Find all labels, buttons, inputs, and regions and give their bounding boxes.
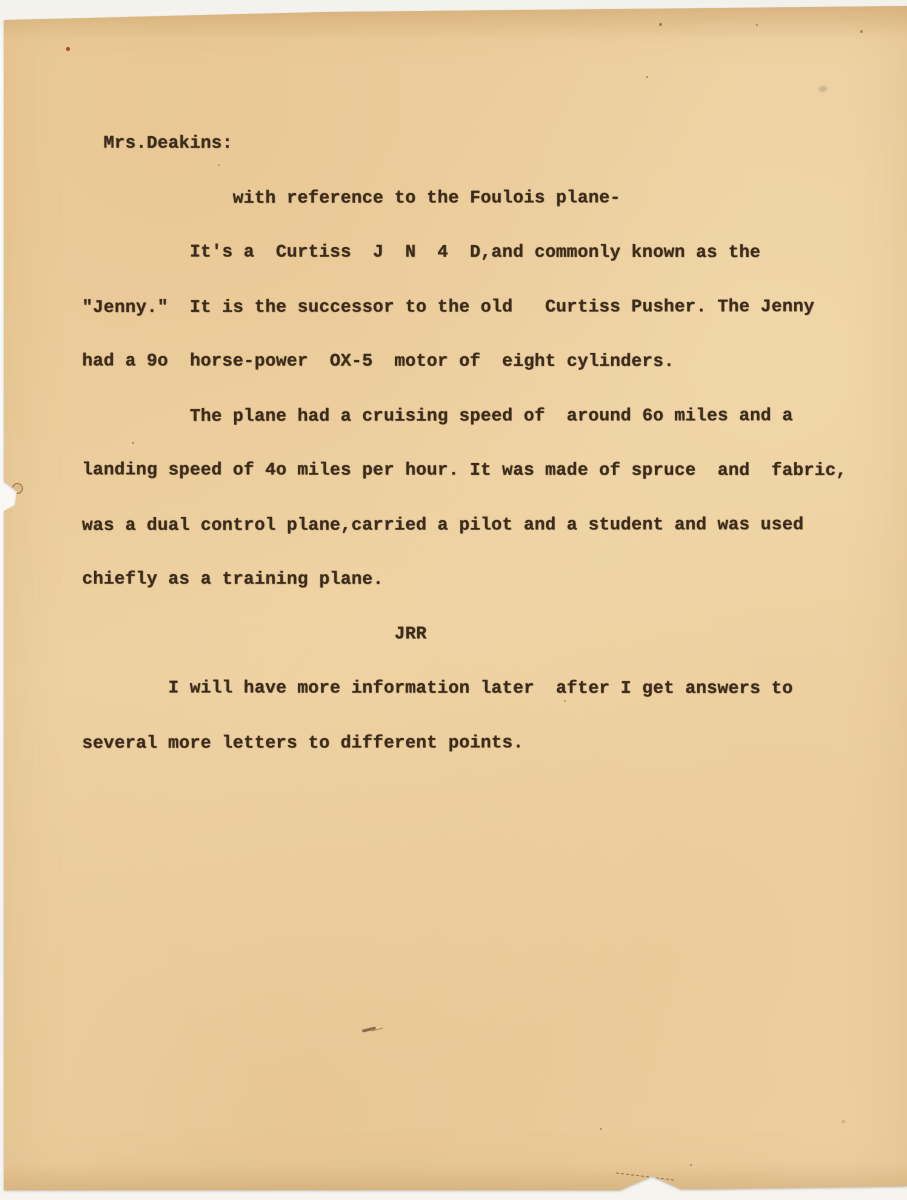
paper-sheet: Mrs.Deakins: with reference to the Foulo… <box>4 6 907 1190</box>
typed-line-5: had a 9o horse-power OX-5 motor of eight… <box>82 351 674 372</box>
paper-sheet-wrap: Mrs.Deakins: with reference to the Foulo… <box>4 6 907 1190</box>
pencil-smudge <box>362 1026 376 1032</box>
typed-line-7: landing speed of 4o miles per hour. It w… <box>82 460 847 481</box>
paper-speck <box>600 1128 602 1130</box>
paper-speck <box>860 30 863 33</box>
paper-speck <box>690 1164 692 1166</box>
typed-line-1: Mrs.Deakins: <box>82 134 233 154</box>
paper-speck <box>132 442 134 444</box>
stain-ring <box>12 483 23 494</box>
typed-line-9: chiefly as a training plane. <box>82 569 384 589</box>
typed-line-11: I will have more information later after… <box>82 678 793 699</box>
paper-speck <box>218 164 220 166</box>
scanned-document: Mrs.Deakins: with reference to the Foulo… <box>0 0 907 1200</box>
paper-speck <box>646 76 648 78</box>
red-ink-speck <box>66 47 70 51</box>
paper-speck <box>659 23 662 26</box>
typed-line-3: It's a Curtiss J N 4 D,and commonly know… <box>82 242 761 263</box>
paper-speck <box>564 700 566 702</box>
paper-crack-line <box>616 1172 674 1180</box>
typed-line-10: JRR <box>82 624 427 644</box>
typed-line-4: "Jenny." It is the successor to the old … <box>82 298 814 319</box>
typed-line-12: several more letters to different points… <box>82 733 524 753</box>
paper-speck <box>756 24 758 26</box>
paper-smudge-gray <box>819 86 827 92</box>
paper-speck <box>842 1120 845 1123</box>
typed-line-8: was a dual control plane,carried a pilot… <box>82 515 804 536</box>
typed-line-6: The plane had a cruising speed of around… <box>82 406 793 427</box>
typed-line-2: with reference to the Foulois plane- <box>82 189 621 210</box>
